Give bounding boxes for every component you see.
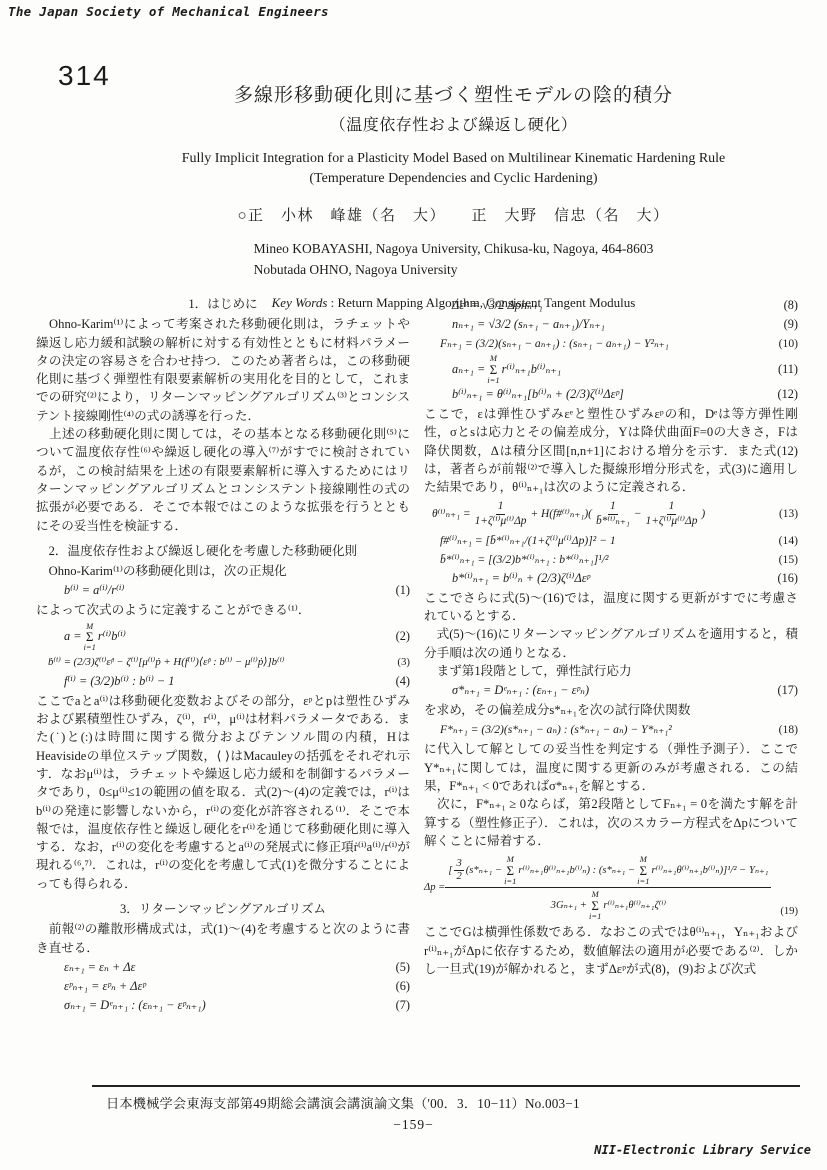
equation-16-number: (16) bbox=[774, 570, 799, 587]
paragraph-model-2: によって次式のように定義することができる⁽¹⁾． bbox=[36, 601, 410, 619]
equation-14: f#⁽ⁱ⁾ₙ₊₁ = [b̄*⁽ⁱ⁾ₙ₊₁/(1+ζ⁽ⁱ⁾μ⁽ⁱ⁾Δp)]² −… bbox=[424, 532, 798, 549]
equation-19: Δp = [ 3 2 (s*ₙ₊₁ − M Σ i=1 r⁽ⁱ⁾ₙ₊₁θ⁽ⁱ⁾ₙ… bbox=[424, 855, 798, 920]
equation-12-number: (12) bbox=[774, 386, 799, 403]
nii-service-label: NII-Electronic Library Service bbox=[594, 1143, 811, 1157]
equation-10-number: (10) bbox=[775, 335, 798, 352]
equation-7: σₙ₊₁ = Dᵉₙ₊₁ : (εₙ₊₁ − εᵖₙ₊₁) (7) bbox=[36, 997, 410, 1014]
paragraph-model-3: ここでaとa⁽ⁱ⁾は移動硬化変数およびその部分，εᵖとpは塑性ひずみおよび累積塑… bbox=[36, 692, 410, 893]
author-affiliations: Mineo KOBAYASHI, Nagoya University, Chik… bbox=[254, 238, 654, 280]
equation-18: F*ₙ₊₁ = (3/2)(s*ₙ₊₁ − aₙ) : (s*ₙ₊₁ − aₙ)… bbox=[424, 721, 798, 738]
right-column: Δεᵖ = √3/2 Δpnₙ₊₁ (8) nₙ₊₁ = √3/2 (sₙ₊₁ … bbox=[424, 295, 798, 978]
equation-1: b⁽ⁱ⁾ = a⁽ⁱ⁾/r⁽ⁱ⁾ (1) bbox=[36, 582, 410, 599]
proceedings-note: 日本機械学会東海支部第49期総会講演会講演論文集（'00．3．10−11）No.… bbox=[106, 1093, 580, 1112]
equation-6: εᵖₙ₊₁ = εᵖₙ + Δεᵖ (6) bbox=[36, 978, 410, 995]
large-fraction: [ 3 2 (s*ₙ₊₁ − M Σ i=1 r⁽ⁱ⁾ₙ₊₁θ⁽ⁱ⁾ₙ₊₁b⁽ⁱ… bbox=[445, 855, 771, 920]
summation-symbol: M Σ i=1 bbox=[589, 890, 601, 920]
footer-rule bbox=[92, 1085, 800, 1087]
scanned-paper-page: { "scan": { "publisher": "The Japan Soci… bbox=[0, 0, 827, 1170]
title-block: 多線形移動硬化則に基づく塑性モデルの陰的積分 （温度依存性および繰返し硬化） F… bbox=[95, 80, 812, 311]
summation-symbol: M Σ i=1 bbox=[504, 855, 516, 885]
fraction: 1 1+ζ⁽ⁱ⁾μ⁽ⁱ⁾Δp bbox=[644, 500, 700, 527]
equation-5-number: (5) bbox=[392, 959, 410, 976]
section-2-heading: 2．温度依存性および繰返し硬化を考慮した移動硬化則 bbox=[36, 542, 410, 560]
equation-12: b⁽ⁱ⁾ₙ₊₁ = θ⁽ⁱ⁾ₙ₊₁[b⁽ⁱ⁾ₙ + (2/3)ζ⁽ⁱ⁾Δεᵖ] … bbox=[424, 386, 798, 403]
paragraph-stage1: まず第1段階として，弾性試行応力 bbox=[424, 662, 798, 680]
equation-16: b*⁽ⁱ⁾ₙ₊₁ = b⁽ⁱ⁾ₙ + (2/3)ζ⁽ⁱ⁾Δεᵖ (16) bbox=[424, 570, 798, 587]
paragraph-return-1: 前報⁽²⁾の離散形構成式は，式(1)～(4)を考慮すると次のように書き直せる． bbox=[36, 920, 410, 957]
summation-symbol: M Σ i=1 bbox=[487, 354, 499, 384]
equation-14-number: (14) bbox=[775, 532, 798, 549]
summation-symbol: M Σ i=1 bbox=[84, 622, 96, 652]
equation-9: nₙ₊₁ = √3/2 (sₙ₊₁ − aₙ₊₁)/Yₙ₊₁ (9) bbox=[424, 316, 798, 333]
paragraph-procedure: 式(5)～(16)にリターンマッピングアルゴリズムを適用すると，積分手順は次の通… bbox=[424, 625, 798, 662]
paragraph-intro-1: Ohno-Karim⁽¹⁾によって考案された移動硬化則は，ラチェットや繰返し応力… bbox=[36, 315, 410, 425]
title-english: Fully Implicit Integration for a Plastic… bbox=[95, 149, 812, 169]
publisher-header: The Japan Society of Mechanical Engineer… bbox=[8, 4, 329, 19]
equation-13: θ⁽ⁱ⁾ₙ₊₁ = 1 1+ζ⁽ⁱ⁾μ⁽ⁱ⁾Δp + H(f#⁽ⁱ⁾ₙ₊₁)( … bbox=[424, 500, 798, 527]
author-affiliation-1: Mineo KOBAYASHI, Nagoya University, Chik… bbox=[254, 238, 654, 259]
equation-19-number: (19) bbox=[776, 903, 798, 920]
equation-17-number: (17) bbox=[774, 682, 799, 699]
equation-9-number: (9) bbox=[780, 316, 798, 333]
equation-15: b̄*⁽ⁱ⁾ₙ₊₁ = [(3/2)b*⁽ⁱ⁾ₙ₊₁ : b*⁽ⁱ⁾ₙ₊₁]¹/… bbox=[424, 551, 798, 568]
equation-3: ḃ⁽ⁱ⁾ = (2/3)ζ⁽ⁱ⁾ε̇ᵖ − ζ⁽ⁱ⁾[μ⁽ⁱ⁾ṗ + H(f⁽ⁱ… bbox=[36, 654, 410, 671]
section-1-heading: 1．はじめに bbox=[36, 295, 410, 313]
equation-3-number: (3) bbox=[393, 654, 410, 671]
equation-4-number: (4) bbox=[392, 673, 410, 690]
paragraph-intro-2: 上述の移動硬化則に関しては，その基本となる移動硬化則⁽⁵⁾について温度依存性⁽⁶… bbox=[36, 425, 410, 535]
paragraph-shear-modulus: ここでGは横弾性係数である．なおこの式ではθ⁽ⁱ⁾ₙ₊₁，Yₙ₊₁およびr⁽ⁱ⁾… bbox=[424, 923, 798, 978]
equation-11-number: (11) bbox=[774, 361, 798, 378]
paragraph-model-1: Ohno-Karim⁽¹⁾の移動硬化則は，次の正規化 bbox=[36, 562, 410, 580]
paragraph-elastic-predictor: に代入して解としての妥当性を判定する（弾性予測子）．ここでY*ₙ₊₁に関しては，… bbox=[424, 740, 798, 795]
title-japanese: 多線形移動硬化則に基づく塑性モデルの陰的積分 bbox=[95, 80, 812, 107]
equation-2: a = M Σ i=1 r⁽ⁱ⁾b⁽ⁱ⁾ (2) bbox=[36, 622, 410, 652]
equation-4: f⁽ⁱ⁾ = (3/2)b⁽ⁱ⁾ : b⁽ⁱ⁾ − 1 (4) bbox=[36, 673, 410, 690]
equation-7-number: (7) bbox=[392, 997, 410, 1014]
equation-18-number: (18) bbox=[775, 721, 798, 738]
equation-13-number: (13) bbox=[775, 506, 798, 523]
equation-1-number: (1) bbox=[392, 582, 410, 599]
equation-11: aₙ₊₁ = M Σ i=1 r⁽ⁱ⁾ₙ₊₁b⁽ⁱ⁾ₙ₊₁ (11) bbox=[424, 354, 798, 384]
author-affiliation-2: Nobutada OHNO, Nagoya University bbox=[254, 259, 654, 280]
paragraph-definitions: ここで，εは弾性ひずみεᵉと塑性ひずみεᵖの和，Dᵉは等方弾性剛性，σとsは応力… bbox=[424, 405, 798, 496]
equation-15-number: (15) bbox=[775, 551, 798, 568]
equation-8: Δεᵖ = √3/2 Δpnₙ₊₁ (8) bbox=[424, 297, 798, 314]
equation-6-number: (6) bbox=[392, 978, 410, 995]
equation-17: σ*ₙ₊₁ = Dᵉₙ₊₁ : (εₙ₊₁ − εᵖₙ) (17) bbox=[424, 682, 798, 699]
summation-symbol: M Σ i=1 bbox=[637, 855, 649, 885]
section-3-heading: 3．リターンマッピングアルゴリズム bbox=[36, 900, 410, 918]
equation-8-number: (8) bbox=[780, 297, 798, 314]
equation-2-number: (2) bbox=[392, 628, 410, 645]
paragraph-plastic-corrector: 次に，F*ₙ₊₁ ≥ 0ならば，第2段階としてFₙ₊₁ = 0を満たす解を計算す… bbox=[424, 795, 798, 850]
equation-5: εₙ₊₁ = εₙ + Δε (5) bbox=[36, 959, 410, 976]
page-number: −159− bbox=[0, 1117, 827, 1133]
paragraph-temperature-note: ここでさらに式(5)～(16)では，温度に関する更新がすでに考慮されているとする… bbox=[424, 589, 798, 626]
subtitle-english: (Temperature Dependencies and Cyclic Har… bbox=[95, 169, 812, 189]
fraction: 1 b̄*⁽ⁱ⁾ₙ₊₁ bbox=[594, 500, 632, 527]
fraction: 3 2 bbox=[454, 858, 463, 883]
authors-japanese: ○正 小林 峰雄（名 大） 正 大野 信忠（名 大） bbox=[95, 204, 812, 225]
fraction: 1 1+ζ⁽ⁱ⁾μ⁽ⁱ⁾Δp bbox=[473, 500, 529, 527]
subtitle-japanese: （温度依存性および繰返し硬化） bbox=[95, 112, 812, 135]
paragraph-trial: を求め，その偏差成分s*ₙ₊₁を次の試行降伏関数 bbox=[424, 701, 798, 719]
equation-10: Fₙ₊₁ = (3/2)(sₙ₊₁ − aₙ₊₁) : (sₙ₊₁ − aₙ₊₁… bbox=[424, 335, 798, 352]
left-column: 1．はじめに Ohno-Karim⁽¹⁾によって考案された移動硬化則は，ラチェッ… bbox=[36, 295, 410, 1016]
